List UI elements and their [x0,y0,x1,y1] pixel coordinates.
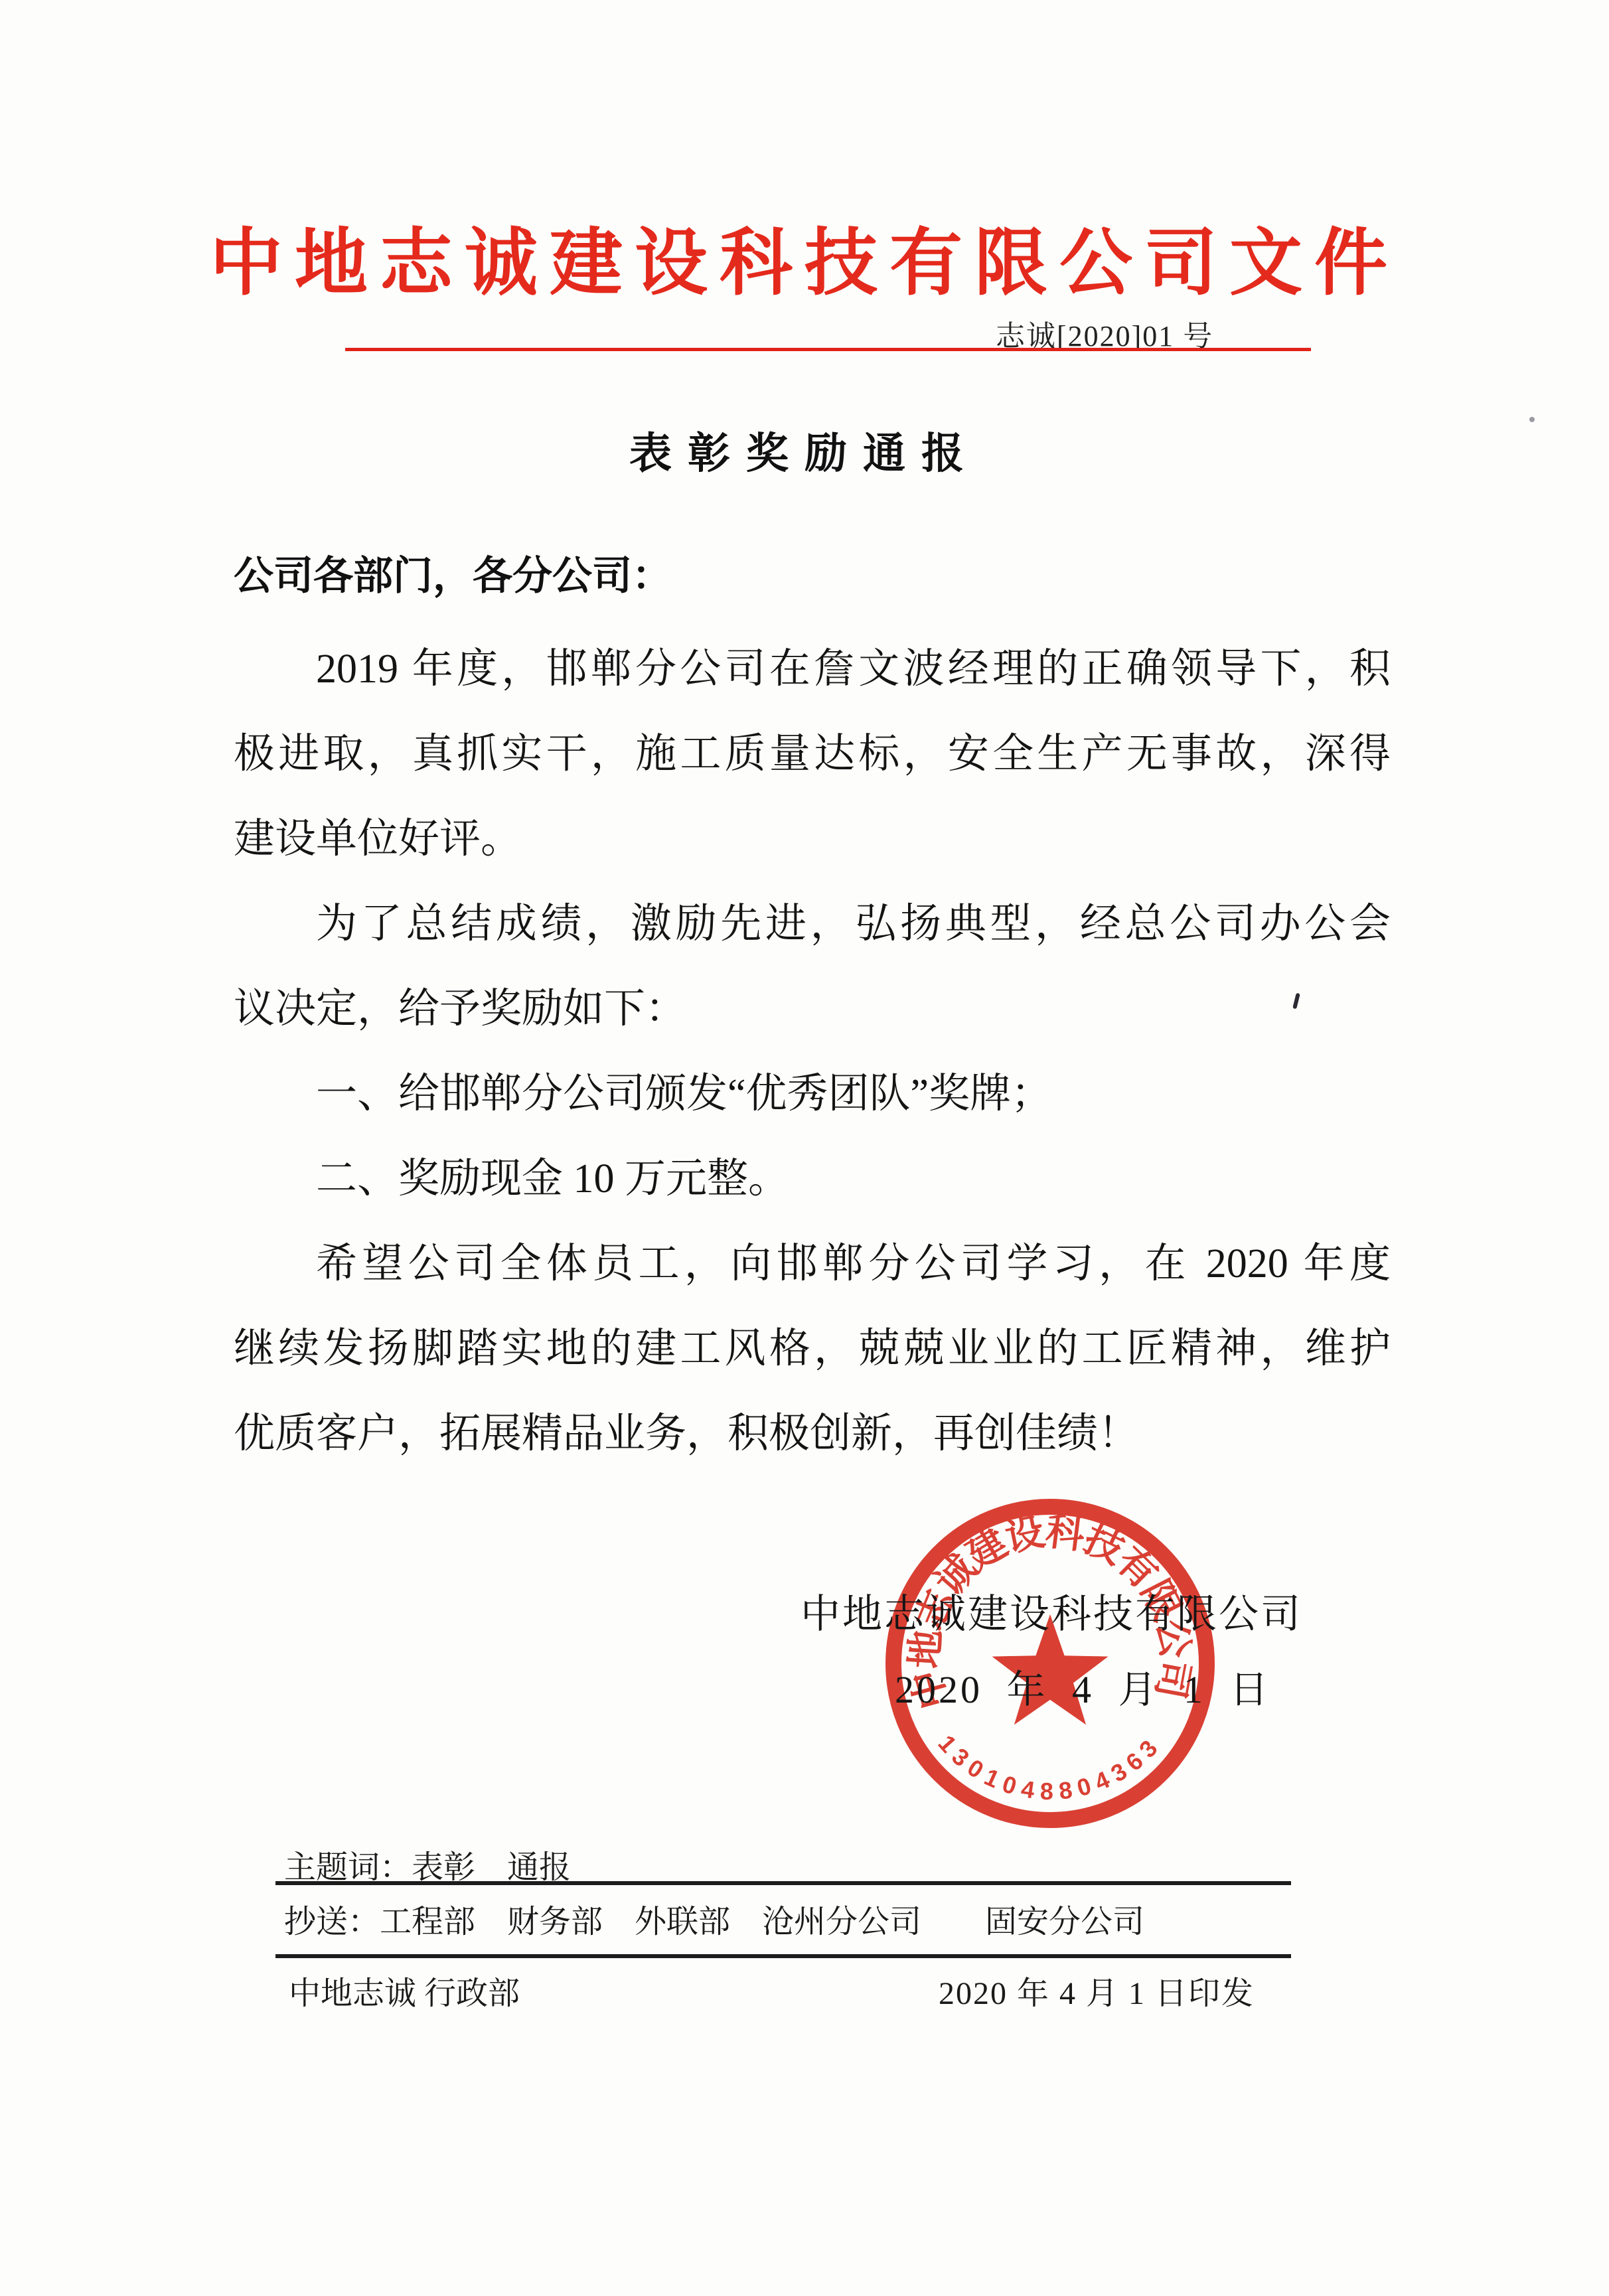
body-line: 2019 年度，邯郸分公司在詹文波经理的正确领导下，积 [234,627,1391,712]
body-line: 极进取，真抓实干，施工质量达标，安全生产无事故，深得 [234,712,1391,797]
body-line: 为了总结成绩，激励先进，弘扬典型，经总公司办公会 [234,881,1391,966]
notice-title: 表彰奖励通报 [0,420,1609,481]
body-line: 建设单位好评。 [234,797,1391,881]
body-line: 希望公司全体员工，向邯郸分公司学习，在 2020 年度 [234,1221,1391,1306]
footer-subject-line: 主题词：表彰 通报 [284,1841,571,1887]
footer-divider-bottom [275,1954,1291,1958]
footer-issuer: 中地志诚 行政部 [289,1967,520,2013]
notice-body: 2019 年度，邯郸分公司在詹文波经理的正确领导下，积 极进取，真抓实干，施工质… [234,627,1391,1476]
company-seal-stamp: 中地志诚建设科技有限公司 1301048804363 [878,1484,1223,1829]
footer-cc-line: 抄送：工程部 财务部 外联部 沧州分公司 固安分公司 [284,1896,1144,1942]
signature-company: 中地志诚建设科技有限公司 [801,1582,1302,1640]
body-line-list-item: 二、奖励现金 10 万元整。 [234,1136,1391,1221]
footer-divider-top [275,1881,1291,1885]
body-line: 优质客户，拓展精品业务，积极创新，再创佳绩！ [234,1391,1391,1476]
document-page: 中地志诚建设科技有限公司文件 志诚[2020]01 号 表彰奖励通报 公司各部门… [0,0,1609,2296]
signature-date: 2020 年 4 月 1 日 [895,1658,1271,1714]
scan-artifact [1529,417,1535,422]
letterhead-title: 中地志诚建设科技有限公司文件 [0,204,1609,309]
salutation: 公司各部门，各分公司： [234,544,672,601]
footer-issue-date: 2020 年 4 月 1 日印发 [939,1967,1255,2013]
body-line: 继续发扬脚踏实地的建工风格，兢兢业业的工匠精神，维护 [234,1306,1391,1391]
letterhead-divider [345,348,1311,351]
body-line: 议决定，给予奖励如下： [234,966,1391,1051]
body-line-list-item: 一、给邯郸分公司颁发“优秀团队”奖牌； [234,1051,1391,1136]
